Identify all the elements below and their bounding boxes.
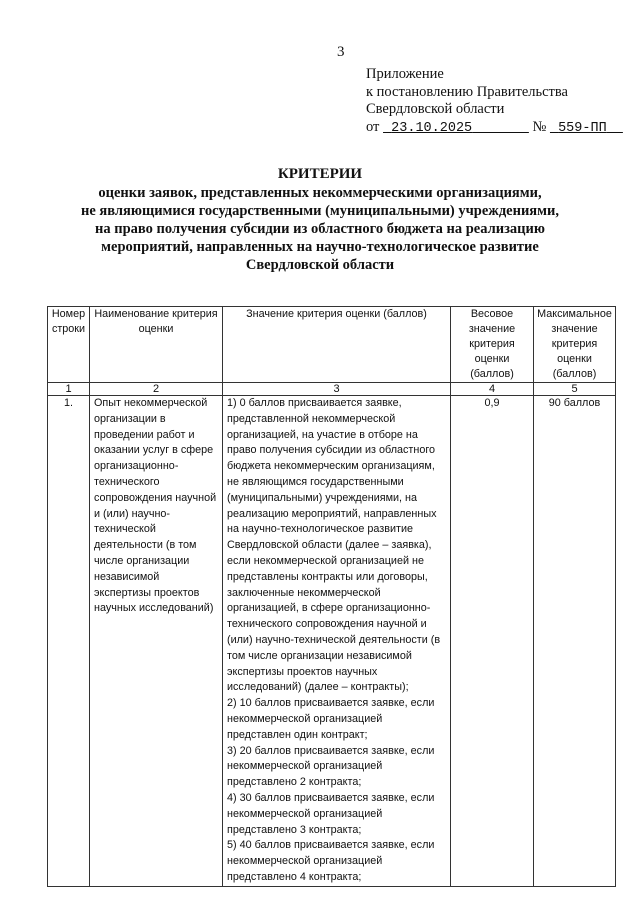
- criterion-weight: 0,9: [451, 396, 534, 887]
- column-number: 5: [534, 383, 616, 396]
- title-main: КРИТЕРИИ: [0, 165, 640, 183]
- header-weight: Весовое значение критерия оценки (баллов…: [451, 307, 534, 383]
- header-criterion-value: Значение критерия оценки (баллов): [223, 307, 451, 383]
- header-criterion-name: Наименование критерия оценки: [90, 307, 223, 383]
- document-title: КРИТЕРИИ оценки заявок, представленных н…: [0, 165, 640, 274]
- column-number: 1: [48, 383, 90, 396]
- criterion-value-item: 5) 40 баллов присваивается заявке, если …: [227, 838, 446, 885]
- title-line: на право получения субсидии из областног…: [0, 220, 640, 238]
- column-number: 4: [451, 383, 534, 396]
- appendix-resolution: к постановлению Правительства: [366, 84, 623, 102]
- title-line: оценки заявок, представленных некоммерче…: [0, 184, 640, 202]
- criterion-max-score: 90 баллов: [534, 396, 616, 887]
- page-number: 3: [337, 44, 345, 61]
- resolution-number: 559-ПП: [550, 121, 623, 136]
- criterion-value-item: 1) 0 баллов присваивается заявке, предст…: [227, 396, 446, 696]
- column-number-row: 1 2 3 4 5: [48, 383, 616, 396]
- title-line: мероприятий, направленных на научно-техн…: [0, 238, 640, 256]
- header-max-score: Максимальное значение критерия оценки (б…: [534, 307, 616, 383]
- header-row-number: Номер строки: [48, 307, 90, 383]
- criteria-table: Номер строки Наименование критерия оценк…: [47, 306, 616, 887]
- row-number: 1.: [48, 396, 90, 887]
- appendix-region: Свердловской области: [366, 101, 623, 119]
- criterion-name: Опыт некоммерческой организации в провед…: [90, 396, 223, 887]
- title-line: не являющимися государственными (муницип…: [0, 202, 640, 220]
- criterion-value-item: 4) 30 баллов присваивается заявке, если …: [227, 791, 446, 838]
- column-number: 3: [223, 383, 451, 396]
- criterion-values: 1) 0 баллов присваивается заявке, предст…: [223, 396, 451, 887]
- column-number: 2: [90, 383, 223, 396]
- title-line: Свердловской области: [0, 256, 640, 274]
- table-header-row: Номер строки Наименование критерия оценк…: [48, 307, 616, 383]
- appendix-label: Приложение: [366, 66, 623, 84]
- date-prefix: от: [366, 119, 379, 135]
- criterion-value-item: 2) 10 баллов присваивается заявке, если …: [227, 696, 446, 743]
- criterion-value-item: 3) 20 баллов присваивается заявке, если …: [227, 744, 446, 791]
- appendix-date-number: от 23.10.2025 № 559-ПП: [366, 119, 623, 138]
- number-prefix: №: [533, 119, 547, 135]
- table-row: 1. Опыт некоммерческой организации в про…: [48, 396, 616, 887]
- appendix-header: Приложение к постановлению Правительства…: [366, 66, 623, 137]
- resolution-date: 23.10.2025: [383, 121, 529, 136]
